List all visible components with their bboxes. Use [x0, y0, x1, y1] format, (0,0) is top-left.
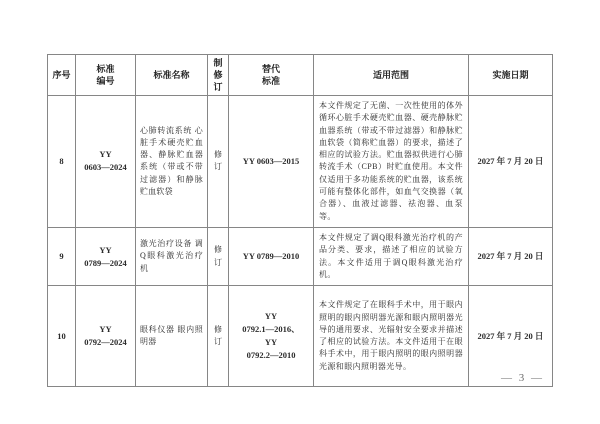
standards-table: 序号 标准 编号 标准名称 制修 订 替代 标准 适用范围 实施日期 8 YY …: [47, 54, 553, 387]
replaced-standard-cell: YY 0603—2015: [229, 96, 314, 228]
replaced-standard-cell: YY 0789—2010: [229, 227, 314, 285]
column-header-implementation-date: 实施日期: [469, 55, 553, 96]
column-header-serial-number: 序号: [48, 55, 76, 96]
serial-number-cell: 8: [48, 96, 76, 228]
table-row: 8 YY 0603—2024 心肺转流系统 心脏手术硬壳贮血器、静脉贮血器系统（…: [48, 96, 553, 228]
scope-cell: 本文件规定了在眼科手术中，用于眼内照明的眼内照明器光源和眼内照明器光导的通用要求…: [314, 286, 469, 387]
column-header-scope: 适用范围: [314, 55, 469, 96]
column-header-replaced-standard: 替代 标准: [229, 55, 314, 96]
standard-code-cell: YY 0789—2024: [76, 227, 136, 285]
table-row: 10 YY 0792—2024 眼科仪器 眼内照明器 修订 YY 0792.1—…: [48, 286, 553, 387]
revision-type-cell: 修订: [208, 96, 229, 228]
standard-code-cell: YY 0792—2024: [76, 286, 136, 387]
serial-number-cell: 10: [48, 286, 76, 387]
revision-type-cell: 修订: [208, 286, 229, 387]
serial-number-cell: 9: [48, 227, 76, 285]
implementation-date-cell: 2027 年 7 月 20 日: [469, 96, 553, 228]
column-header-standard-name: 标准名称: [136, 55, 208, 96]
column-header-revision-type: 制修 订: [208, 55, 229, 96]
page-number: — 3 —: [501, 372, 544, 384]
standard-name-cell: 激光治疗设备 调Q眼科激光治疗机: [136, 227, 208, 285]
scope-cell: 本文件规定了调Q眼科激光治疗机的产品分类、要求，描述了相应的试验方法。本文件适用…: [314, 227, 469, 285]
standard-name-cell: 眼科仪器 眼内照明器: [136, 286, 208, 387]
table-header-row: 序号 标准 编号 标准名称 制修 订 替代 标准 适用范围 实施日期: [48, 55, 553, 96]
replaced-standard-cell: YY 0792.1—2016、 YY 0792.2—2010: [229, 286, 314, 387]
revision-type-cell: 修订: [208, 227, 229, 285]
table-row: 9 YY 0789—2024 激光治疗设备 调Q眼科激光治疗机 修订 YY 07…: [48, 227, 553, 285]
column-header-standard-code: 标准 编号: [76, 55, 136, 96]
scope-cell: 本文件规定了无菌、一次性使用的体外循环心脏手术硬壳贮血器、硬壳静脉贮血器系统（带…: [314, 96, 469, 228]
standard-name-cell: 心肺转流系统 心脏手术硬壳贮血器、静脉贮血器系统（带或不带过滤器）和静脉贮血软袋: [136, 96, 208, 228]
standard-code-cell: YY 0603—2024: [76, 96, 136, 228]
implementation-date-cell: 2027 年 7 月 20 日: [469, 227, 553, 285]
